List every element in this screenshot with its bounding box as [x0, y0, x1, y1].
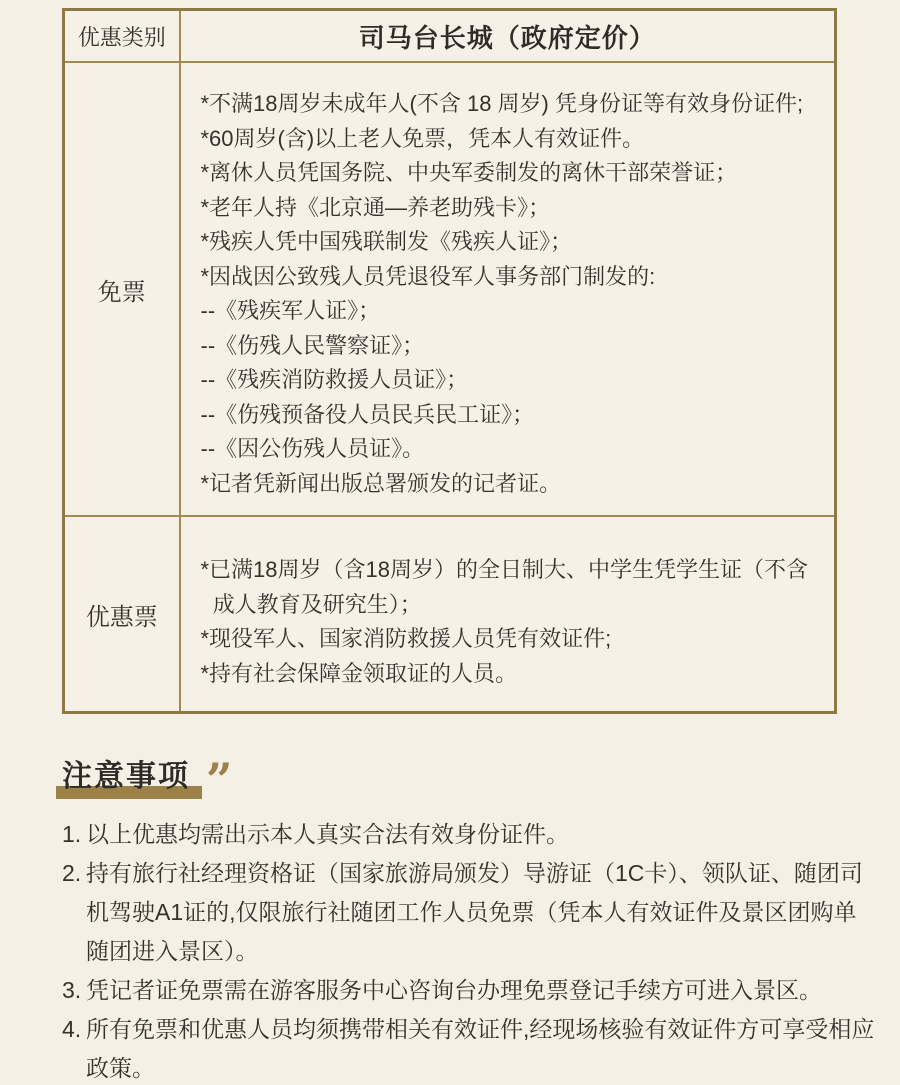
text-line: *不满18周岁未成年人(不含 18 周岁) 凭身份证等有效身份证件; [201, 87, 831, 122]
note-text: 持有旅行社经理资格证（国家旅游局颁发）导游证（1C卡）、领队证、随团司机驾驶A1… [86, 854, 878, 971]
category-label-free-ticket: 免票 [64, 62, 180, 516]
note-number: 3. [62, 971, 86, 1010]
note-text: 凭记者证免票需在游客服务中心咨询台办理免票登记手续方可进入景区。 [86, 971, 878, 1010]
notes-heading-row: 注意事项 ” [62, 760, 878, 797]
text-line: *持有社会保障金领取证的人员。 [201, 657, 831, 692]
text-line: *已满18周岁（含18周岁）的全日制大、中学生凭学生证（不含 [201, 553, 831, 588]
text-line: --《因公伤残人员证》。 [201, 432, 831, 467]
notes-title-text: 注意事项 [62, 760, 190, 793]
notes-section: 注意事项 ” 1. 以上优惠均需出示本人真实合法有效身份证件。 2. 持有旅行社… [62, 760, 878, 1085]
note-text: 所有免票和优惠人员均须携带相关有效证件,经现场核验有效证件方可享受相应政策。 [86, 1010, 878, 1085]
note-item-3: 3. 凭记者证免票需在游客服务中心咨询台办理免票登记手续方可进入景区。 [62, 971, 878, 1010]
text-line: *老年人持《北京通—养老助残卡》； [201, 191, 831, 226]
text-line: *60周岁(含)以上老人免票，凭本人有效证件。 [201, 122, 831, 157]
note-item-1: 1. 以上优惠均需出示本人真实合法有效身份证件。 [62, 815, 878, 854]
column-header-simatai-great-wall: 司马台长城（政府定价） [180, 10, 836, 63]
note-item-4: 4. 所有免票和优惠人员均须携带相关有效证件,经现场核验有效证件方可享受相应政策… [62, 1010, 878, 1085]
discount-price-table: 优惠类别 司马台长城（政府定价） 免票 *不满18周岁未成年人(不含 18 周岁… [62, 8, 837, 714]
text-line: --《残疾军人证》； [201, 294, 831, 329]
text-line: --《伤残人民警察证》； [201, 329, 831, 364]
text-line: --《残疾消防救援人员证》； [201, 363, 831, 398]
text-line: *离休人员凭国务院、中央军委制发的离休干部荣誉证； [201, 156, 831, 191]
category-label-discount-ticket: 优惠票 [64, 516, 180, 713]
table-row-free-ticket: 免票 *不满18周岁未成年人(不含 18 周岁) 凭身份证等有效身份证件;*60… [64, 62, 836, 516]
text-line: *因战因公致残人员凭退役军人事务部门制发的: [201, 260, 831, 295]
ticket-discount-notice-page: 优惠类别 司马台长城（政府定价） 免票 *不满18周岁未成年人(不含 18 周岁… [0, 0, 900, 1085]
notes-list: 1. 以上优惠均需出示本人真实合法有效身份证件。 2. 持有旅行社经理资格证（国… [62, 815, 878, 1085]
text-line: *现役军人、国家消防救援人员凭有效证件; [201, 622, 831, 657]
table-header-row: 优惠类别 司马台长城（政府定价） [64, 10, 836, 63]
note-number: 2. [62, 854, 86, 971]
free-ticket-conditions: *不满18周岁未成年人(不含 18 周岁) 凭身份证等有效身份证件;*60周岁(… [180, 62, 836, 516]
text-line: *记者凭新闻出版总署颁发的记者证。 [201, 467, 831, 502]
text-line: --《伤残预备役人员民兵民工证》； [201, 398, 831, 433]
text-line: 成人教育及研究生）； [201, 588, 831, 623]
note-number: 4. [62, 1010, 86, 1085]
note-item-2: 2. 持有旅行社经理资格证（国家旅游局颁发）导游证（1C卡）、领队证、随团司机驾… [62, 854, 878, 971]
table-row-discount-ticket: 优惠票 *已满18周岁（含18周岁）的全日制大、中学生凭学生证（不含 成人教育及… [64, 516, 836, 713]
notes-title: 注意事项 [62, 760, 190, 795]
note-number: 1. [62, 815, 86, 854]
note-text: 以上优惠均需出示本人真实合法有效身份证件。 [86, 815, 878, 854]
quote-mark-icon: ” [206, 762, 232, 799]
discount-ticket-conditions: *已满18周岁（含18周岁）的全日制大、中学生凭学生证（不含 成人教育及研究生）… [180, 516, 836, 713]
text-line: *残疾人凭中国残联制发《残疾人证》； [201, 225, 831, 260]
column-header-category: 优惠类别 [64, 10, 180, 63]
